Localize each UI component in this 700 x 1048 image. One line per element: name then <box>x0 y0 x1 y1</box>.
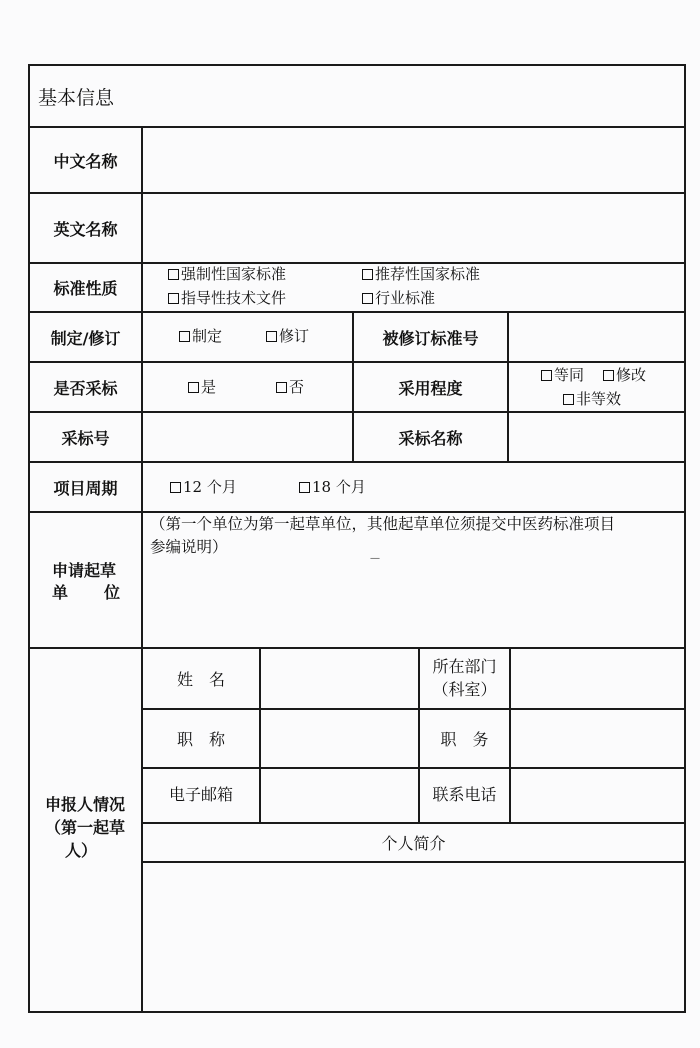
option-mandatory-national[interactable]: 强制性国家标准 <box>168 264 286 284</box>
checkbox[interactable] <box>276 382 287 393</box>
option-guidance-document[interactable]: 指导性技术文件 <box>168 288 286 308</box>
drafting-unit-note-line1: （第一个单位为第一起草单位，其他起草单位须提交中医药标准项目 <box>150 514 615 534</box>
adoption-degree-label: 采用程度 <box>354 363 507 411</box>
applicant-label-line1: 申报人情况 <box>45 795 125 815</box>
bio-field[interactable] <box>143 863 684 1011</box>
checkbox[interactable] <box>299 482 310 493</box>
revised-standard-number-label: 被修订标准号 <box>354 313 507 361</box>
title-label: 职 称 <box>143 710 259 767</box>
checkbox[interactable] <box>362 293 373 304</box>
checkbox[interactable] <box>168 293 179 304</box>
drafting-unit-note-line2: 参编说明） <box>150 537 228 557</box>
phone-label: 联系电话 <box>420 785 509 805</box>
checkbox[interactable] <box>179 331 190 342</box>
checkbox[interactable] <box>266 331 277 342</box>
checkbox[interactable] <box>563 394 574 405</box>
option-modified[interactable]: 修改 <box>603 365 646 385</box>
name-field[interactable] <box>261 649 418 708</box>
email-field[interactable] <box>261 769 418 822</box>
option-industry-standard[interactable]: 行业标准 <box>362 288 435 308</box>
adopt-number-label: 采标号 <box>30 413 141 461</box>
applicant-label-line2: （第一起草 <box>45 818 125 838</box>
checkbox[interactable] <box>541 370 552 381</box>
english-name-field[interactable] <box>143 194 684 262</box>
adopt-number-field[interactable] <box>143 413 352 461</box>
position-field[interactable] <box>511 710 684 767</box>
department-field[interactable] <box>511 649 684 708</box>
drafting-unit-label-line2b: 位 <box>104 583 120 603</box>
option-12-months[interactable]: 12 个月 <box>170 477 237 497</box>
drafting-unit-label-line1: 申请起草 <box>52 561 116 581</box>
english-name-label: 英文名称 <box>30 194 141 262</box>
department-label-line1: 所在部门 <box>420 657 509 677</box>
row-divider <box>28 511 686 513</box>
checkbox[interactable] <box>168 269 179 280</box>
table-border-bottom <box>28 1011 686 1013</box>
position-label: 职 务 <box>420 710 509 767</box>
drafting-unit-field[interactable] <box>143 560 684 646</box>
name-label: 姓 名 <box>143 649 259 708</box>
revised-standard-number-field[interactable] <box>509 313 684 361</box>
department-label-line2: （科室） <box>420 680 509 700</box>
option-formulate[interactable]: 制定 <box>179 326 222 346</box>
checkbox[interactable] <box>362 269 373 280</box>
adopted-standard-name-field[interactable] <box>509 413 684 461</box>
drafting-unit-label-line2a: 单 <box>52 583 68 603</box>
option-yes[interactable]: 是 <box>188 377 216 397</box>
checkbox[interactable] <box>170 482 181 493</box>
standard-nature-label: 标准性质 <box>30 264 141 311</box>
option-revise[interactable]: 修订 <box>266 326 309 346</box>
table-border-right <box>684 64 686 1013</box>
table-border-top <box>28 64 686 66</box>
option-non-equivalent[interactable]: 非等效 <box>563 389 621 409</box>
option-18-months[interactable]: 18 个月 <box>299 477 366 497</box>
project-cycle-label: 项目周期 <box>30 463 141 511</box>
formulate-revise-label: 制定/修订 <box>30 313 141 361</box>
option-recommended-national[interactable]: 推荐性国家标准 <box>362 264 480 284</box>
chinese-name-label: 中文名称 <box>30 128 141 192</box>
bio-label: 个人简介 <box>143 824 684 861</box>
section-title: 基本信息 <box>38 88 114 108</box>
adopted-standard-name-label: 采标名称 <box>354 413 507 461</box>
checkbox[interactable] <box>188 382 199 393</box>
applicant-label-line3: 人） <box>65 841 97 861</box>
option-identical[interactable]: 等同 <box>541 365 584 385</box>
title-field[interactable] <box>261 710 418 767</box>
option-no[interactable]: 否 <box>276 377 304 397</box>
adopt-standard-label: 是否采标 <box>30 363 141 411</box>
chinese-name-field[interactable] <box>143 128 684 192</box>
email-label: 电子邮箱 <box>150 785 252 805</box>
phone-field[interactable] <box>511 769 684 822</box>
checkbox[interactable] <box>603 370 614 381</box>
